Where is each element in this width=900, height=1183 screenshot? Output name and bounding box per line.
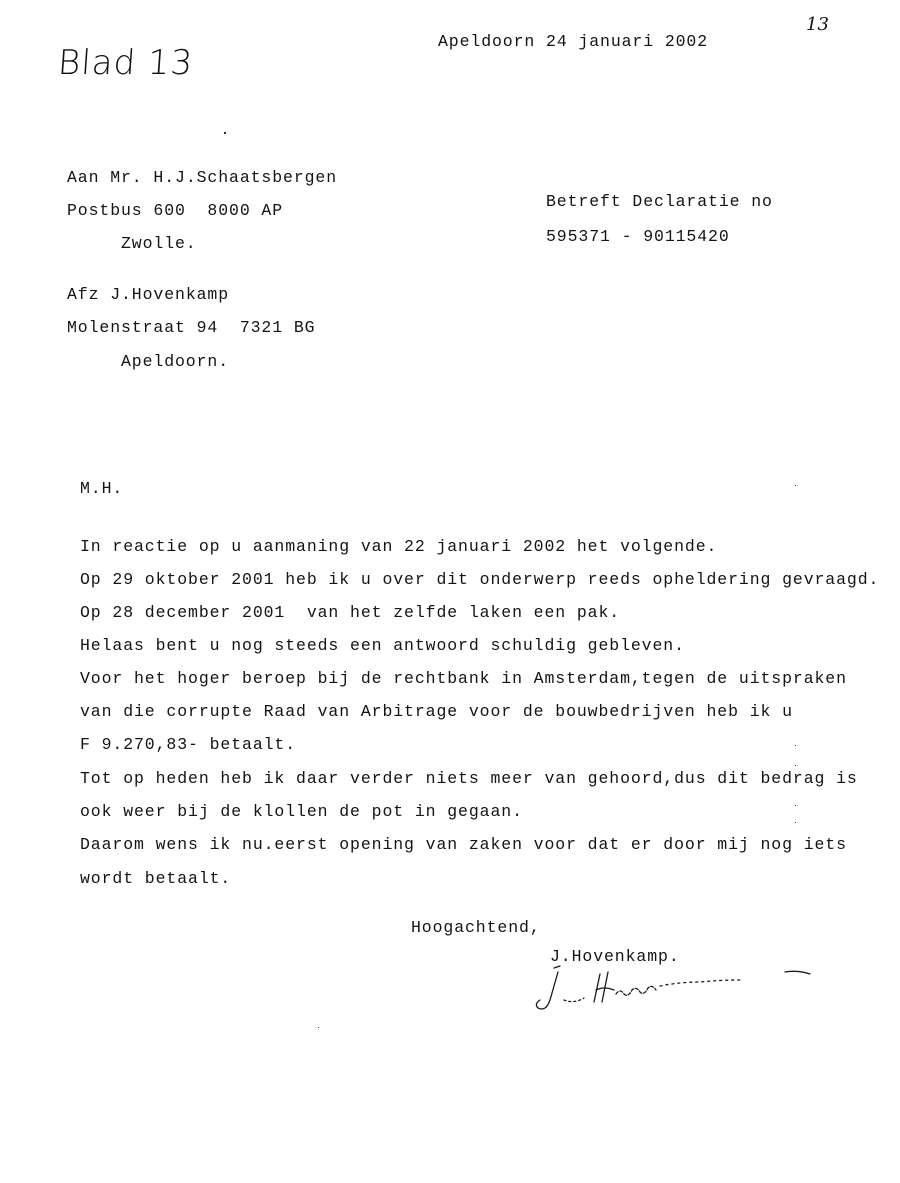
sender-city: Apeldoorn. — [121, 354, 229, 371]
place-date: Apeldoorn 24 januari 2002 — [438, 34, 708, 51]
recipient-name: Aan Mr. H.J.Schaatsbergen — [67, 170, 337, 187]
recipient-city: Zwolle. — [121, 236, 197, 253]
declaration-number: 595371 - 90115420 — [546, 229, 730, 246]
body-line: Op 28 december 2001 van het zelfde laken… — [80, 605, 620, 622]
sheet-label-handwritten: Blad 13 — [57, 46, 195, 80]
body-line: In reactie op u aanmaning van 22 januari… — [80, 539, 717, 556]
letter-page: Blad 13 13 Apeldoorn 24 januari 2002 Aan… — [0, 0, 900, 1183]
page-number-handwritten: 13 — [806, 16, 829, 34]
sender-name: Afz J.Hovenkamp — [67, 287, 229, 304]
body-line: Op 29 oktober 2001 heb ik u over dit ond… — [80, 572, 879, 589]
body-line: ook weer bij de klollen de pot in gegaan… — [80, 804, 523, 821]
signature: J. Hovenkamp — [530, 960, 820, 1020]
scan-speck — [795, 485, 796, 486]
recipient-postbus: Postbus 600 8000 AP — [67, 203, 283, 220]
scan-speck — [318, 1027, 319, 1028]
body-line: Tot op heden heb ik daar verder niets me… — [80, 771, 858, 788]
scan-speck — [795, 822, 796, 823]
scan-speck — [795, 805, 796, 806]
body-line: Helaas bent u nog steeds een antwoord sc… — [80, 638, 685, 655]
salutation: M.H. — [80, 481, 123, 498]
scan-speck — [795, 745, 796, 746]
scan-speck — [795, 765, 796, 766]
body-line-amount: F 9.270,83- betaalt. — [80, 737, 296, 754]
closing-greeting: Hoogachtend, — [411, 920, 541, 937]
scan-speck — [224, 132, 226, 134]
body-line: Daarom wens ik nu.eerst opening van zake… — [80, 837, 847, 854]
body-line: van die corrupte Raad van Arbitrage voor… — [80, 704, 793, 721]
body-line: wordt betaalt. — [80, 871, 231, 888]
sender-street: Molenstraat 94 7321 BG — [67, 320, 315, 337]
body-line: Voor het hoger beroep bij de rechtbank i… — [80, 671, 847, 688]
reference-label: Betreft Declaratie no — [546, 194, 773, 211]
